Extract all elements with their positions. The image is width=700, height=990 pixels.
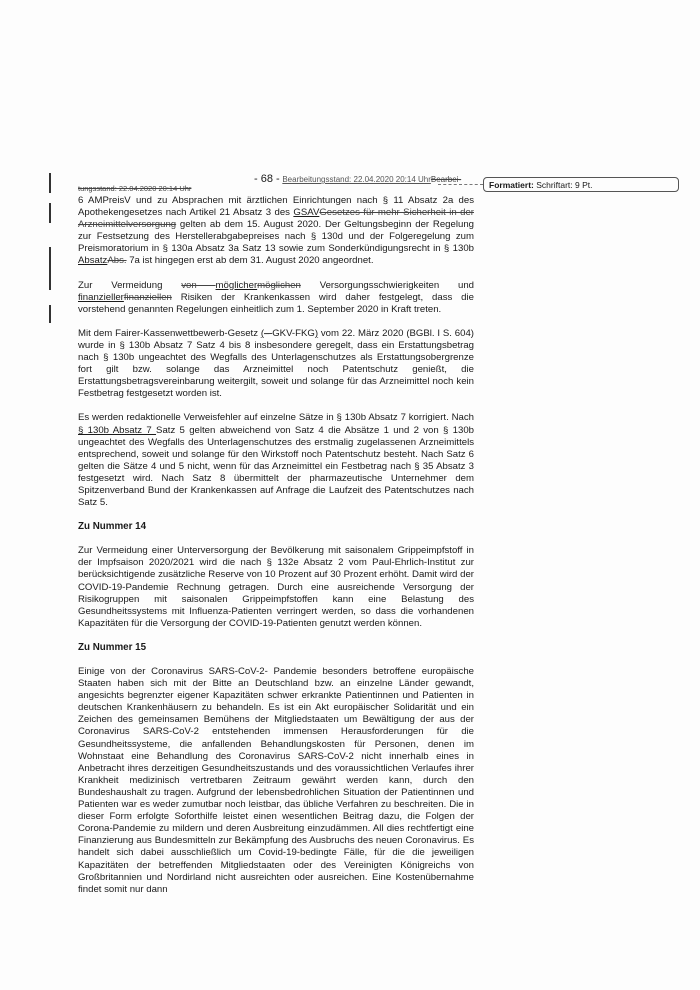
deleted-text: Abs. — [107, 255, 126, 266]
text: Satz 5 gelten abweichend von Satz 4 die … — [78, 425, 474, 509]
deleted-text: – — [264, 328, 272, 339]
comment-text: Schriftart: 9 Pt. — [536, 180, 592, 190]
inserted-text: finanzieller — [78, 292, 124, 303]
change-bar — [49, 173, 51, 193]
inserted-text: GSAV — [293, 207, 319, 218]
text: Zur Vermeidung — [78, 280, 181, 291]
text: Es werden redaktionelle Verweisfehler au… — [78, 412, 474, 423]
status-deleted-line2: tungsstand: 22.04.2020 20:14 Uhr — [78, 184, 191, 193]
paragraph: Zur Vermeidung von möglichermöglichen Ve… — [78, 280, 474, 316]
paragraph: Es werden redaktionelle Verweisfehler au… — [78, 412, 474, 509]
inserted-text: Absatz — [78, 255, 107, 266]
status-inserted: Bearbeitungsstand: 22.04.2020 20:14 Uhr — [282, 175, 431, 184]
header-line-2: tungsstand: 22.04.2020 20:14 Uhr — [78, 184, 191, 193]
comment-label: Formatiert: — [489, 180, 534, 190]
section-heading: Zu Nummer 15 — [78, 642, 474, 654]
paragraph: 6 AMPreisV und zu Absprachen mit ärztlic… — [78, 195, 474, 268]
paragraph: Einige von der Coronavirus SARS-CoV-2- P… — [78, 666, 474, 896]
deleted-text: finanziellen — [124, 292, 172, 303]
status-deleted: Bearbei- — [431, 175, 461, 184]
change-bar — [49, 203, 51, 223]
deleted-text: von — [181, 280, 215, 291]
inserted-text: möglicher — [216, 280, 258, 291]
text: Mit dem Fairer-Kassenwettbewerb-Gesetz — [78, 328, 261, 339]
text: Versorgungsschwierigkeiten und — [301, 280, 474, 291]
comment-connector — [438, 184, 483, 185]
section-heading: Zu Nummer 14 — [78, 521, 474, 533]
inserted-text: § 130b Absatz 7 — [78, 425, 156, 436]
text: 7a ist hingegen erst ab dem 31. August 2… — [127, 255, 374, 266]
page-number: - 68 - — [254, 173, 280, 185]
header-line: - 68 - Bearbeitungsstand: 22.04.2020 20:… — [254, 173, 461, 185]
document-body: 6 AMPreisV und zu Absprachen mit ärztlic… — [78, 195, 474, 908]
document-page: - 68 - Bearbeitungsstand: 22.04.2020 20:… — [0, 0, 700, 990]
change-bar — [49, 305, 51, 323]
paragraph: Zur Vermeidung einer Unterversorgung der… — [78, 545, 474, 630]
format-comment-balloon[interactable]: Formatiert: Schriftart: 9 Pt. — [483, 177, 679, 192]
deleted-text: möglichen — [257, 280, 301, 291]
paragraph: Mit dem Fairer-Kassenwettbewerb-Gesetz (… — [78, 328, 474, 401]
text: GKV-FKG — [272, 328, 315, 339]
change-bar — [49, 247, 51, 290]
